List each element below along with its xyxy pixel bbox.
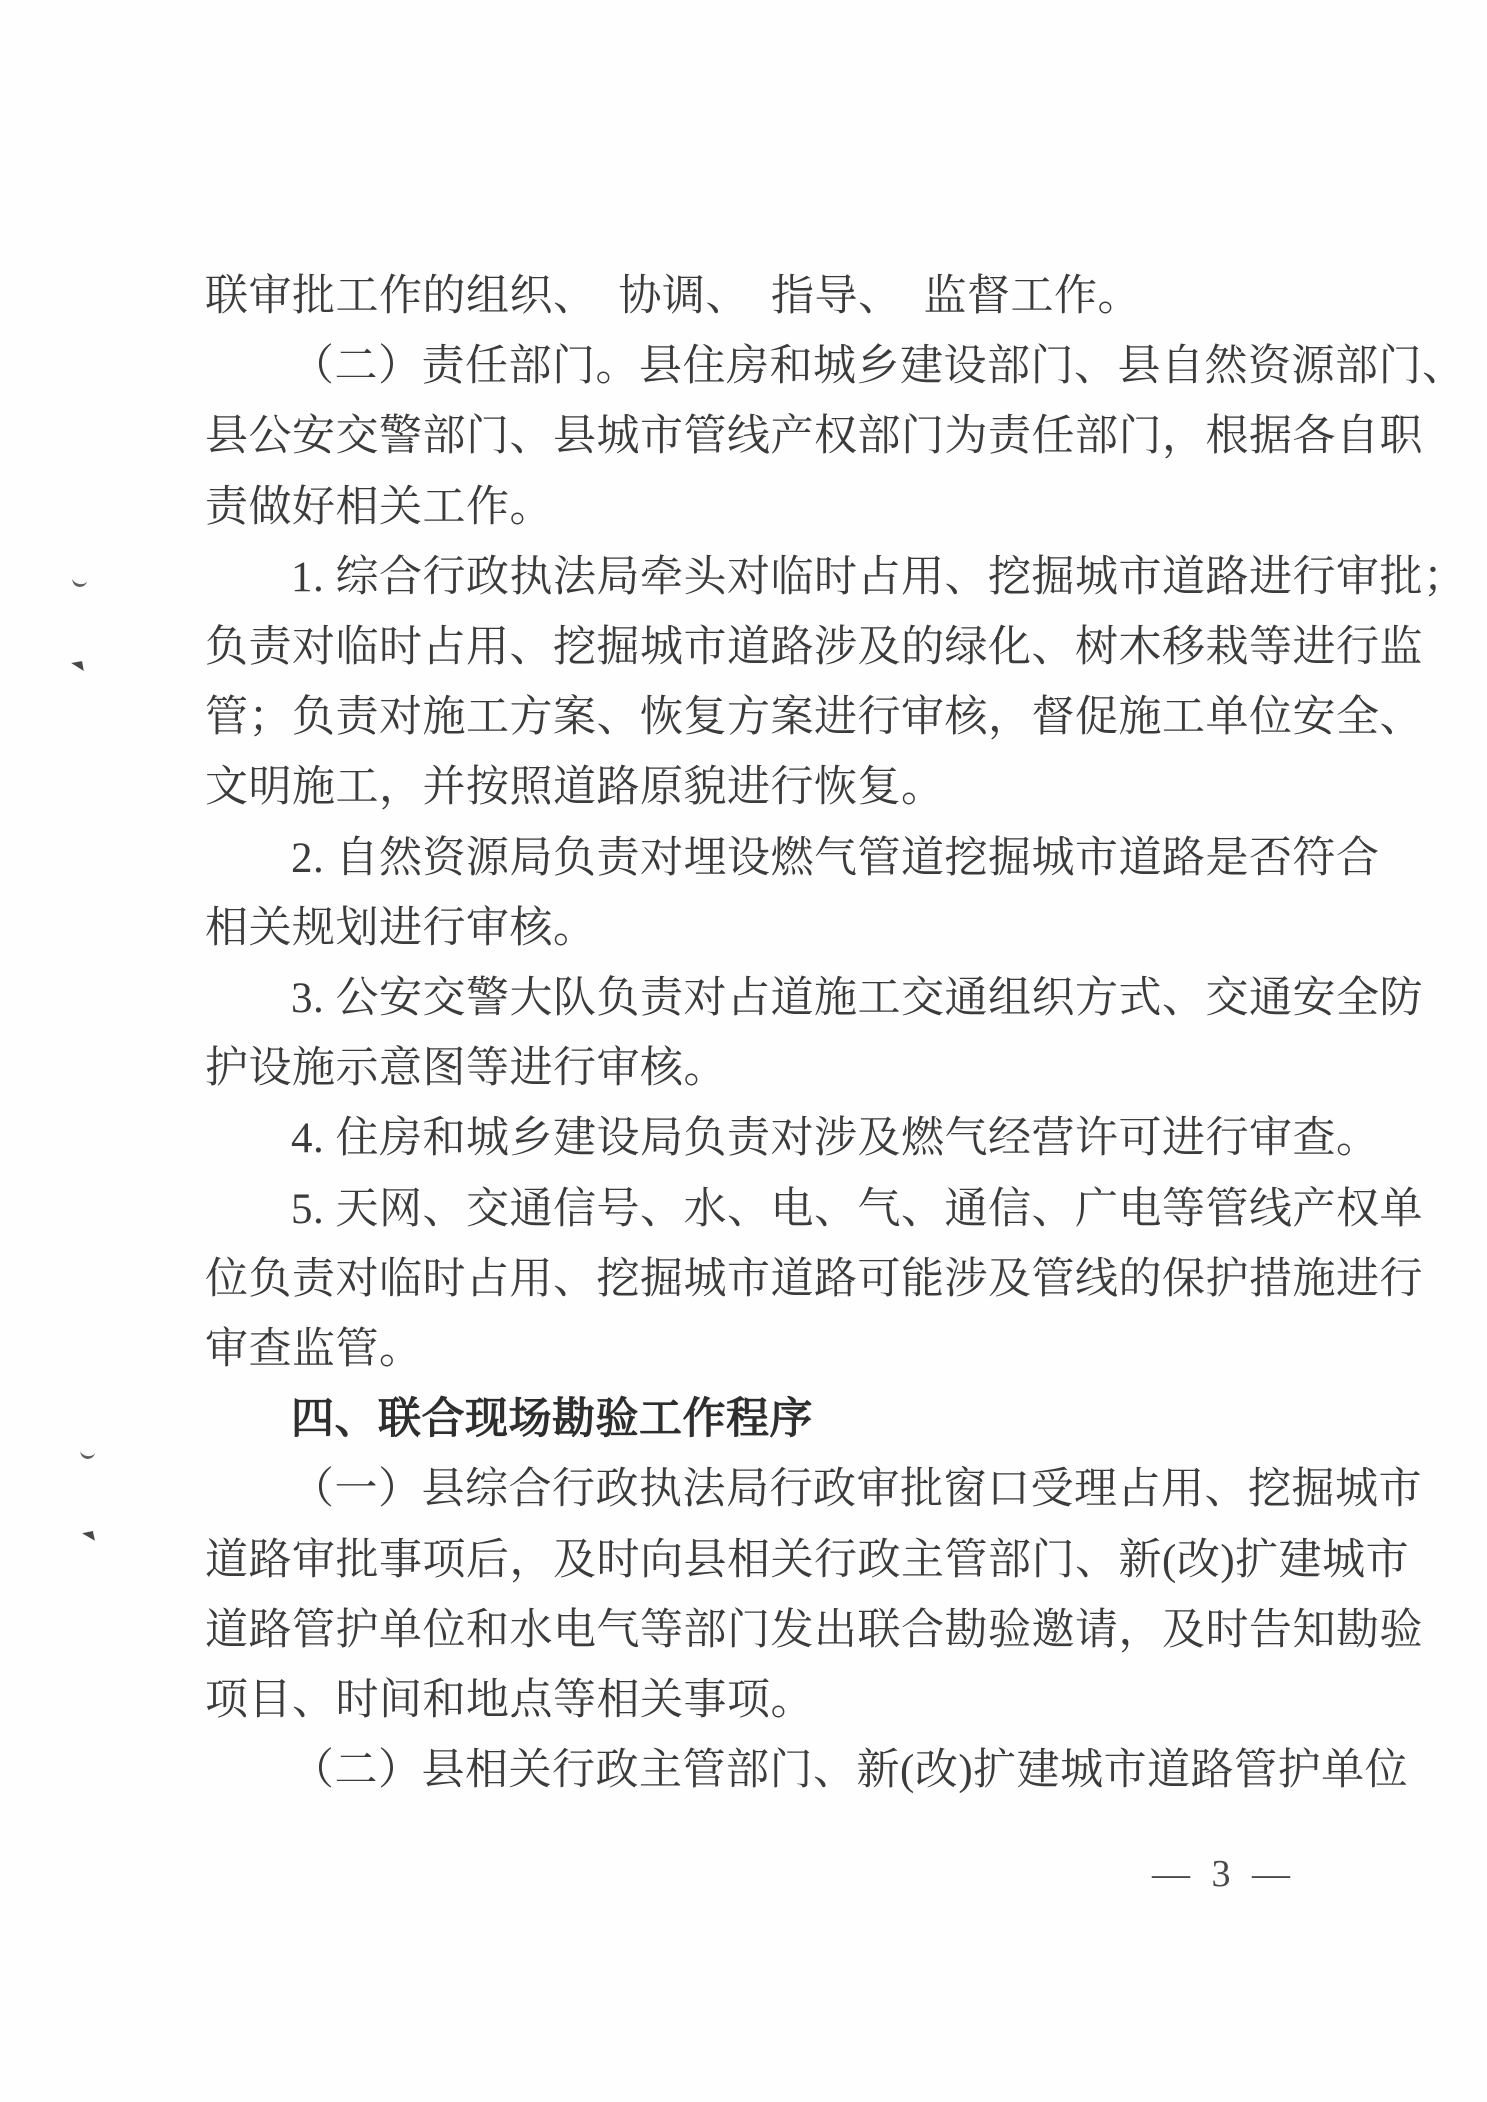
text-line: 道路审批事项后，及时向县相关行政主管部门、新(改)扩建城市 bbox=[205, 1526, 1321, 1596]
scan-artifact bbox=[79, 1447, 95, 1460]
text-line: 管；负责对施工方案、恢复方案进行审核，督促施工单位安全、 bbox=[205, 683, 1321, 753]
scan-artifact bbox=[71, 575, 88, 588]
text-line: 2. 自然资源局负责对埋设燃气管道挖掘城市道路是否符合 bbox=[205, 824, 1321, 894]
text-line: 文明施工，并按照道路原貌进行恢复。 bbox=[205, 753, 1321, 823]
text-line: 审查监管。 bbox=[205, 1315, 1321, 1385]
text-line: （一）县综合行政执法局行政审批窗口受理占用、挖掘城市 bbox=[205, 1455, 1321, 1525]
text-line: 4. 住房和城乡建设局负责对涉及燃气经营许可进行审查。 bbox=[205, 1104, 1321, 1174]
text-line: 责做好相关工作。 bbox=[205, 473, 1321, 543]
text-line: （二）县相关行政主管部门、新(改)扩建城市道路管护单位 bbox=[205, 1736, 1321, 1806]
text-line: 相关规划进行审核。 bbox=[205, 894, 1321, 964]
text-line: 位负责对临时占用、挖掘城市道路可能涉及管线的保护措施进行 bbox=[205, 1245, 1321, 1315]
text-line: 项目、时间和地点等相关事项。 bbox=[205, 1666, 1321, 1736]
scanned-page: 联审批工作的组织、 协调、 指导、 监督工作。 （二）责任部门。县住房和城乡建设… bbox=[0, 0, 1487, 2102]
document-body: 联审批工作的组织、 协调、 指导、 监督工作。 （二）责任部门。县住房和城乡建设… bbox=[205, 262, 1321, 1806]
text-line: 负责对临时占用、挖掘城市道路涉及的绿化、树木移栽等进行监 bbox=[205, 613, 1321, 683]
text-line: （二）责任部门。县住房和城乡建设部门、县自然资源部门、 bbox=[205, 332, 1321, 402]
text-line: 5. 天网、交通信号、水、电、气、通信、广电等管线产权单 bbox=[205, 1175, 1321, 1245]
text-line: 县公安交警部门、县城市管线产权部门为责任部门，根据各自职 bbox=[205, 402, 1321, 472]
text-line: 3. 公安交警大队负责对占道施工交通组织方式、交通安全防 bbox=[205, 964, 1321, 1034]
text-line: 联审批工作的组织、 协调、 指导、 监督工作。 bbox=[205, 262, 1321, 332]
scan-artifact bbox=[71, 661, 84, 673]
text-line: 道路管护单位和水电气等部门发出联合勘验邀请，及时告知勘验 bbox=[205, 1596, 1321, 1666]
section-heading: 四、联合现场勘验工作程序 bbox=[205, 1385, 1321, 1455]
text-line: 1. 综合行政执法局牵头对临时占用、挖掘城市道路进行审批； bbox=[205, 543, 1321, 613]
page-number: — 3 — bbox=[1152, 1852, 1296, 1896]
text-line: 护设施示意图等进行审核。 bbox=[205, 1034, 1321, 1104]
scan-artifact bbox=[82, 1531, 95, 1543]
